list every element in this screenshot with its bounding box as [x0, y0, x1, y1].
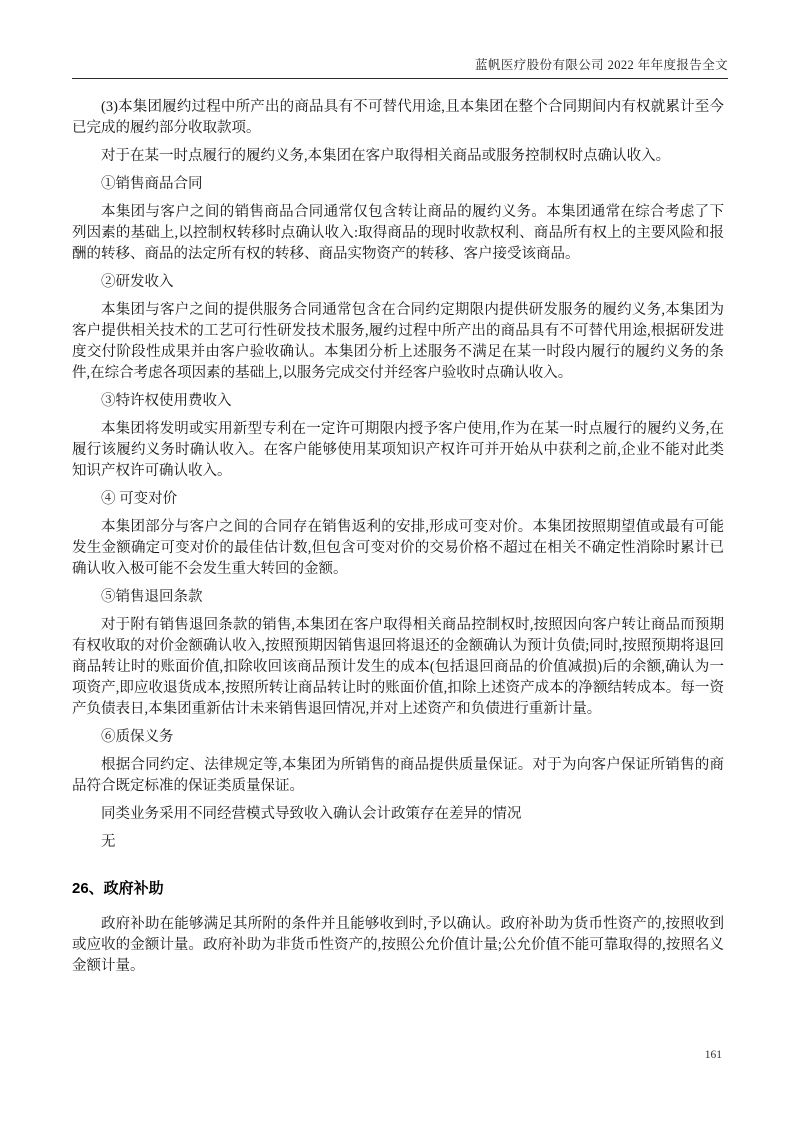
paragraph: 本集团将发明或实用新型专利在一定许可期限内授予客户使用,作为在某一时点履行的履约…: [72, 419, 724, 482]
paragraph: 本集团与客户之间的提供服务合同通常包含在合同约定期限内提供研发服务的履约义务,本…: [72, 300, 724, 384]
page-header: 蓝帆医疗股份有限公司 2022 年年度报告全文: [72, 0, 728, 79]
paragraph: 对于在某一时点履行的履约义务,本集团在客户取得相关商品或服务控制权时点确认收入。: [72, 146, 724, 167]
paragraph: 同类业务采用不同经营模式导致收入确认会计政策存在差异的情况: [72, 804, 724, 825]
paragraph: (3)本集团履约过程中所产出的商品具有不可替代用途,且本集团在整个合同期间内有权…: [72, 97, 724, 139]
paragraph: 政府补助在能够满足其所附的条件并且能够收到时,予以确认。政府补助为货币性资产的,…: [72, 914, 724, 977]
page-number: 161: [705, 1049, 722, 1061]
numbered-item-royalty-income: ③特许权使用费收入: [72, 391, 724, 412]
paragraph: 本集团部分与客户之间的合同存在销售返利的安排,形成可变对价。本集团按照期望值或最…: [72, 517, 724, 580]
report-page: 蓝帆医疗股份有限公司 2022 年年度报告全文 (3)本集团履约过程中所产出的商…: [0, 0, 794, 1123]
report-header-title: 蓝帆医疗股份有限公司 2022 年年度报告全文: [475, 58, 728, 72]
paragraph: 对于附有销售退回条款的销售,本集团在客户取得相关商品控制权时,按照因向客户转让商…: [72, 615, 724, 720]
numbered-item-sales-return-clause: ⑤销售退回条款: [72, 587, 724, 608]
numbered-item-sales-contract: ①销售商品合同: [72, 174, 724, 195]
document-body: (3)本集团履约过程中所产出的商品具有不可替代用途,且本集团在整个合同期间内有权…: [72, 97, 724, 984]
section-heading-government-grants: 26、政府补助: [72, 878, 724, 899]
paragraph-none: 无: [72, 832, 724, 853]
numbered-item-warranty-obligation: ⑥质保义务: [72, 727, 724, 748]
paragraph: 本集团与客户之间的销售商品合同通常仅包含转让商品的履约义务。本集团通常在综合考虑…: [72, 202, 724, 265]
numbered-item-rd-income: ②研发收入: [72, 272, 724, 293]
paragraph: 根据合同约定、法律规定等,本集团为所销售的商品提供质量保证。对于为向客户保证所销…: [72, 755, 724, 797]
numbered-item-variable-consideration: ④ 可变对价: [72, 489, 724, 510]
